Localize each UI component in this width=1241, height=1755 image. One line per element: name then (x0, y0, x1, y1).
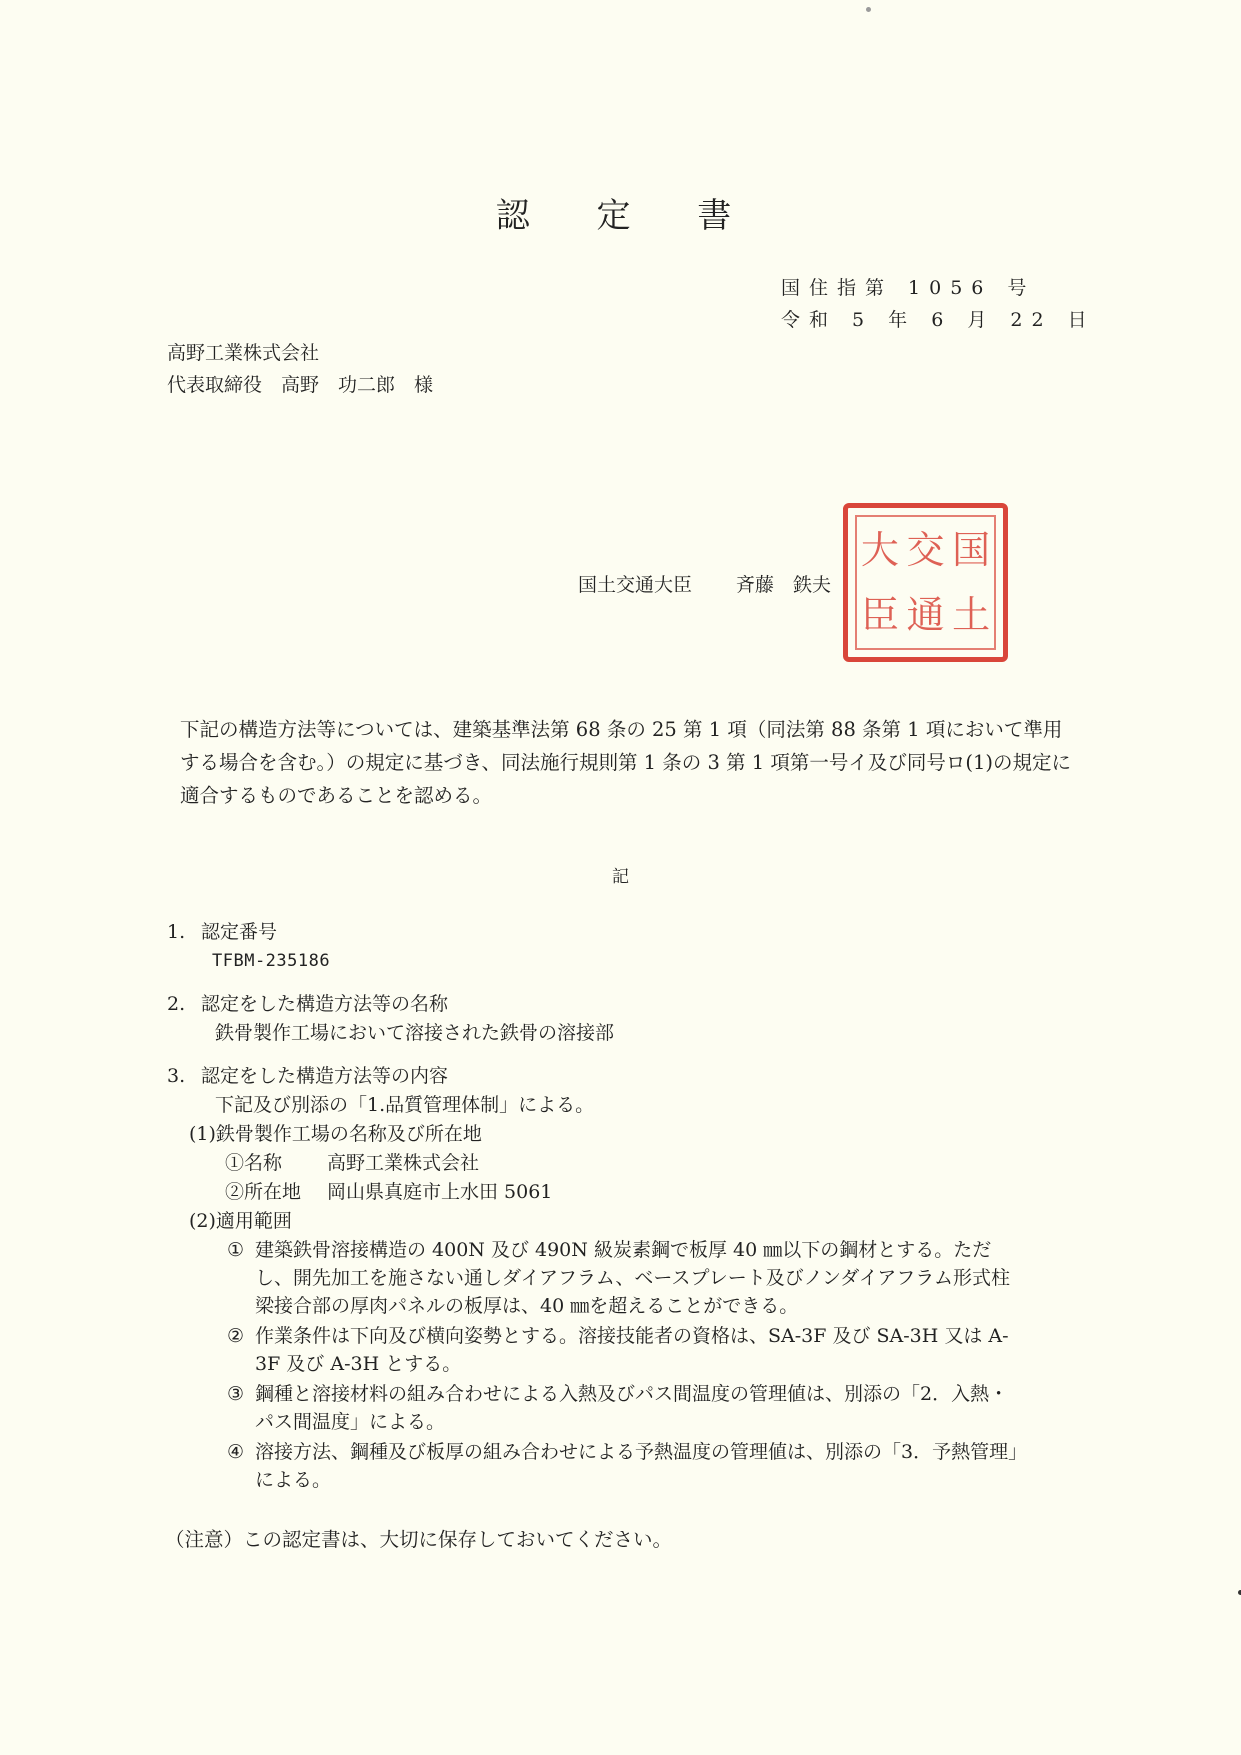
seal-char: 通 (903, 596, 949, 634)
section-1: 1.認定番号 TFBM-235186 (167, 918, 1027, 976)
subsection-1-heading: (1)鉄骨製作工場の名称及び所在地 (167, 1120, 1027, 1149)
issuer-title: 国土交通大臣 (578, 574, 692, 596)
seal-char: 国 (948, 531, 994, 569)
issuer: 国土交通大臣斉藤 鉄夫 (578, 570, 831, 597)
section-heading: 認定をした構造方法等の内容 (201, 1065, 448, 1087)
scope-item: ④ 溶接方法、鋼種及び板厚の組み合わせによる予熱温度の管理値は、別添の「3．予熱… (227, 1438, 1027, 1494)
ki-label: 記 (0, 862, 1241, 887)
section-number: 1. (167, 918, 201, 947)
section-number: 2. (167, 990, 201, 1019)
issue-date: 令和 5 年 6 月 22 日 (781, 304, 1096, 336)
addressee-representative: 代表取締役 高野 功二郎 様 (167, 369, 433, 401)
paper-mark (866, 7, 871, 12)
section-heading: 認定番号 (201, 921, 277, 943)
section-2: 2.認定をした構造方法等の名称 鉄骨製作工場において溶接された鉄骨の溶接部 (167, 990, 1027, 1048)
caution-note: （注意）この認定書は、大切に保存しておいてください。 (165, 1524, 672, 1552)
scope-text: 作業条件は下向及び横向姿勢とする。溶接技能者の資格は、SA-3F 及び SA-3… (255, 1322, 1027, 1378)
factory-address-value: 岡山県真庭市上水田 5061 (327, 1181, 552, 1203)
scope-marker: ① (227, 1236, 255, 1320)
document-title: 認 定 書 (0, 188, 1241, 237)
scope-text: 溶接方法、鋼種及び板厚の組み合わせによる予熱温度の管理値は、別添の「3．予熱管理… (255, 1438, 1027, 1494)
scope-text: 鋼種と溶接材料の組み合わせによる入熱及びパス間温度の管理値は、別添の「2．入熱・… (255, 1380, 1027, 1436)
issuer-name: 斉藤 鉄夫 (736, 574, 831, 596)
seal-char: 臣 (857, 596, 903, 634)
addressee-company: 高野工業株式会社 (167, 337, 433, 369)
scope-item: ② 作業条件は下向及び横向姿勢とする。溶接技能者の資格は、SA-3F 及び SA… (227, 1322, 1027, 1378)
scope-marker: ② (227, 1322, 255, 1378)
section-number: 3. (167, 1062, 201, 1091)
seal-char: 土 (948, 596, 994, 634)
document-number: 国住指第 1056 号 (781, 272, 1096, 304)
scope-item: ① 建築鉄骨溶接構造の 400N 及び 490N 級炭素鋼で板厚 40 ㎜以下の… (227, 1236, 1027, 1320)
factory-name-label: ①名称 (225, 1149, 327, 1178)
structure-name: 鉄骨製作工場において溶接された鉄骨の溶接部 (167, 1019, 1027, 1048)
factory-address-row: ②所在地岡山県真庭市上水田 5061 (167, 1178, 1027, 1207)
scope-item: ③ 鋼種と溶接材料の組み合わせによる入熱及びパス間温度の管理値は、別添の「2．入… (227, 1380, 1027, 1436)
seal-char: 大 (857, 531, 903, 569)
preamble-paragraph: 下記の構造方法等については、建築基準法第 68 条の 25 第 1 項（同法第 … (180, 713, 1080, 812)
scope-text: 建築鉄骨溶接構造の 400N 及び 490N 級炭素鋼で板厚 40 ㎜以下の鋼材… (255, 1236, 1027, 1320)
factory-address-label: ②所在地 (225, 1178, 327, 1207)
document-header-info: 国住指第 1056 号 令和 5 年 6 月 22 日 (781, 272, 1096, 336)
official-seal-icon: 大 交 国 臣 通 土 (843, 503, 1008, 662)
section-heading: 認定をした構造方法等の名称 (201, 993, 448, 1015)
scope-marker: ④ (227, 1438, 255, 1494)
scope-marker: ③ (227, 1380, 255, 1436)
seal-char: 交 (903, 531, 949, 569)
addressee: 高野工業株式会社 代表取締役 高野 功二郎 様 (167, 337, 433, 401)
factory-name-value: 高野工業株式会社 (327, 1152, 479, 1174)
scope-list: ① 建築鉄骨溶接構造の 400N 及び 490N 級炭素鋼で板厚 40 ㎜以下の… (167, 1236, 1027, 1494)
certification-details: 1.認定番号 TFBM-235186 2.認定をした構造方法等の名称 鉄骨製作工… (167, 918, 1027, 1508)
factory-name-row: ①名称高野工業株式会社 (167, 1149, 1027, 1178)
section-3-content: 下記及び別添の「1.品質管理体制」による。 (167, 1091, 1027, 1120)
section-3: 3.認定をした構造方法等の内容 下記及び別添の「1.品質管理体制」による。 (1… (167, 1062, 1027, 1494)
certification-number: TFBM-235186 (167, 947, 1027, 976)
preamble: 下記の構造方法等については、建築基準法第 68 条の 25 第 1 項（同法第 … (180, 713, 1080, 812)
subsection-2-heading: (2)適用範囲 (167, 1207, 1027, 1236)
preamble-text: 下記の構造方法等については、建築基準法第 68 条の 25 第 1 項（同法第 … (180, 718, 1071, 807)
